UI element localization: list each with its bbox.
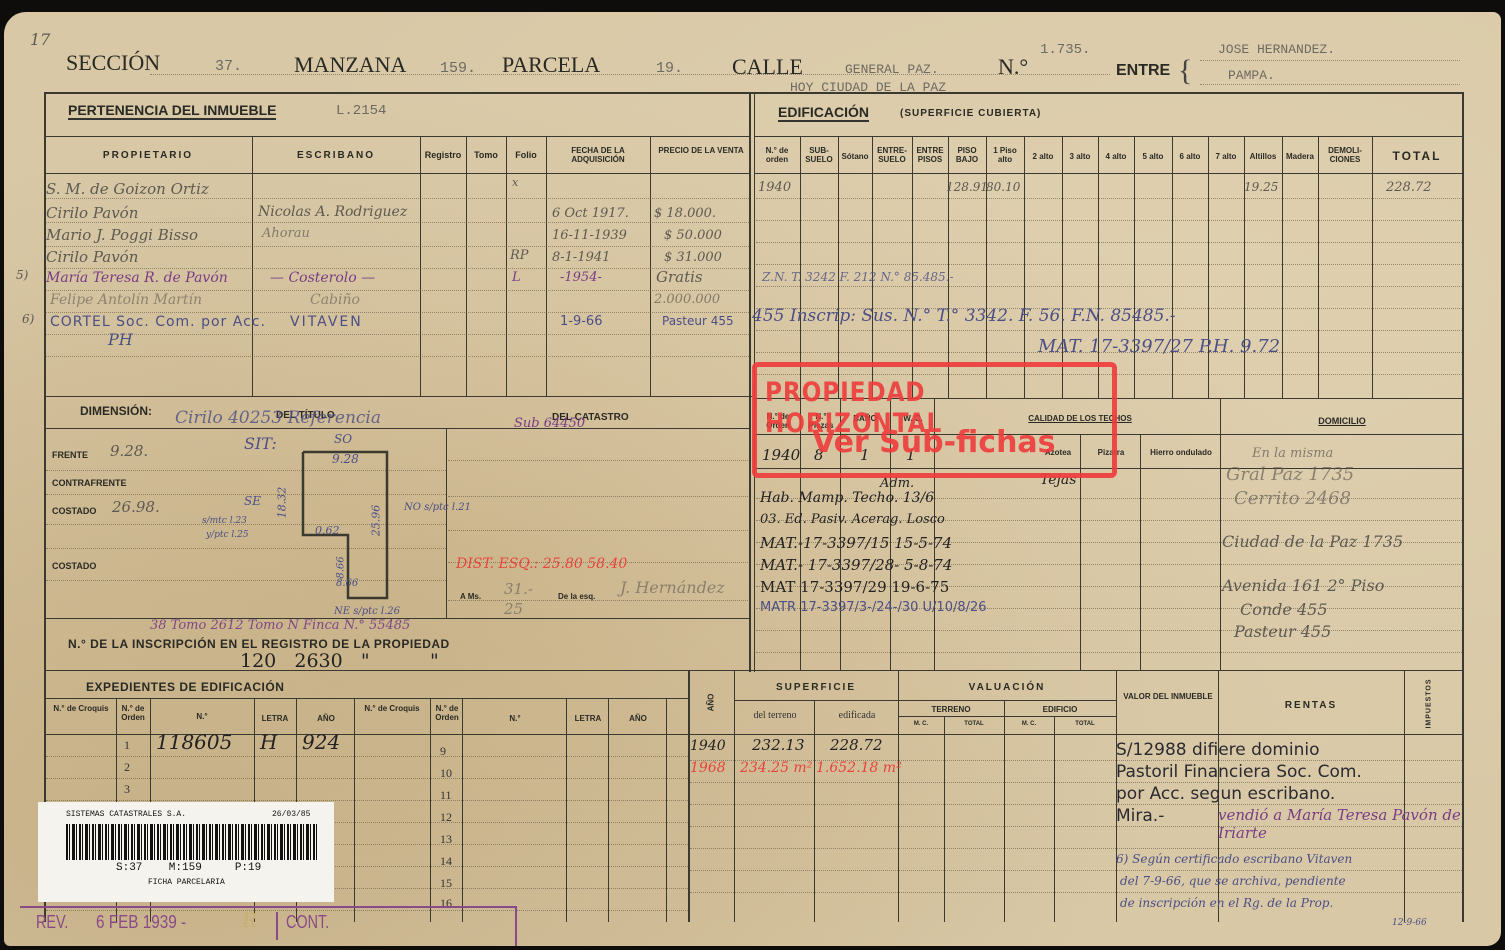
exp-orden-15: 15	[440, 876, 452, 891]
val-valuacion-label: VALUACIÓN	[898, 682, 1116, 693]
precio-row-5: Gratis	[656, 268, 703, 286]
sketch-se-note-2: y/ptc l.25	[206, 530, 249, 540]
col-registro: Registro	[420, 150, 466, 160]
costado-value-1: 26.98.	[112, 498, 160, 516]
val-edificada-col: edificada	[816, 710, 898, 721]
exp-anio-1: 924	[302, 730, 340, 754]
sketch-left: 18.32	[275, 487, 288, 519]
exp-orden-2: 2	[124, 760, 130, 775]
domicilio-2: Gral Paz 1735	[1226, 464, 1354, 485]
pertenencia-title: PERTENENCIA DEL INMUEBLE	[68, 102, 276, 120]
techos-note-5: MAT 17-3397/29 19-6-75	[760, 578, 949, 596]
numero-value: 1.735.	[1040, 42, 1090, 58]
seccion-value: 37.	[215, 58, 242, 75]
edif-col-16: TOTAL	[1372, 152, 1462, 161]
stamp-divider	[276, 912, 278, 940]
rev-stamp	[20, 906, 517, 946]
techos-note-1: Hab. Mamp. Techo. 13/6	[760, 490, 934, 506]
brace-icon: {	[1178, 54, 1192, 88]
val-terreno-col: del terreno	[736, 710, 814, 721]
owner-row-7: CORTEL Soc. Com. por Acc.	[50, 314, 266, 330]
edif-col-3: ENTRE-SUELO	[872, 146, 912, 164]
edif-total: 228.72	[1386, 180, 1432, 195]
costado-label-2: COSTADO	[52, 561, 96, 571]
seccion-label: SECCIÓN	[66, 50, 160, 76]
val-superficie-label: SUPERFICIE	[734, 682, 898, 693]
folio-row-5: L	[512, 270, 521, 285]
edif-altillos: 19.25	[1244, 180, 1278, 194]
exp-orden-11: 11	[440, 788, 452, 803]
edif-col-15: DEMOLI-CIONES	[1318, 146, 1372, 164]
sketch-se: SE	[244, 494, 261, 508]
val-edificio-label: EDIFICIO	[1004, 705, 1116, 714]
exp-orden-12: 12	[440, 810, 452, 825]
edif-col-6: 1 Piso alto	[986, 146, 1024, 164]
exp-col-letra-2: LETRA	[568, 714, 608, 723]
domicilio-4: Ciudad de la Paz 1735	[1222, 532, 1403, 551]
owner-row-6: Felipe Antolín Martín	[50, 292, 202, 308]
entre-value-1: JOSE HERNANDEZ.	[1218, 42, 1335, 57]
col-fecha: FECHA DE LA ADQUISICIÓN	[550, 146, 646, 164]
edif-orden: 1940	[758, 180, 791, 195]
exp-col-anio-2: AÑO	[610, 714, 666, 723]
exp-orden-9: 9	[440, 744, 446, 759]
val-rentas-label: RENTAS	[1218, 700, 1404, 711]
val-terreno-label: TERRENO	[898, 705, 1004, 714]
costado-label-1: COSTADO	[52, 506, 96, 516]
numero-label: N.°	[998, 54, 1028, 80]
a-ms-label: A Ms.	[460, 592, 481, 601]
exp-col-croquis-2: N.° de Croquis	[356, 704, 428, 713]
sketch-inner: 0.62	[315, 524, 340, 537]
escribano-row-5: — Costerolo —	[270, 270, 375, 286]
col-precio: PRECIO DE LA VENTA	[654, 146, 748, 155]
val-row-2-anio: 1968	[690, 760, 726, 776]
folio-row-4: RP	[510, 248, 529, 263]
exp-col-croquis-1: N.° de Croquis	[48, 704, 114, 713]
val-impuestos-label: IMPUESTOS	[1426, 678, 1433, 728]
val-row-1-terreno: 232.13	[752, 736, 805, 754]
edificacion-subtitle: (SUPERFICIE CUBIERTA)	[900, 108, 1041, 119]
techos-note-2: 03. Ed. Pasiv. Acerag. Losco	[760, 512, 945, 527]
expedientes-title: EXPEDIENTES DE EDIFICACIÓN	[86, 680, 284, 694]
exp-col-letra-1: LETRA	[256, 714, 294, 723]
edif-col-10: 5 alto	[1134, 152, 1172, 161]
sketch-so: SO	[334, 432, 352, 446]
exp-letra-1: H	[260, 730, 277, 754]
corner-note: 17	[30, 30, 50, 49]
edif-note-3: MAT. 17-3397/27 P.H. 9.72	[1038, 336, 1280, 357]
rentas-note-7: del 7-9-66, que se archiva, pendiente	[1120, 874, 1346, 888]
entre-label: ENTRE	[1116, 62, 1170, 80]
domicilio-5: Avenida 161 2° Piso	[1222, 576, 1384, 595]
owner-row-4: Cirilo Pavón	[46, 248, 138, 266]
sketch-sit: SIT:	[244, 434, 277, 453]
stamp-rev: REV.	[36, 912, 68, 933]
techo-hierro: Hierro ondulado	[1142, 448, 1220, 457]
edificacion-title: EDIFICACIÓN	[778, 104, 869, 122]
exp-col-orden-2: N.° de Orden	[432, 704, 462, 722]
val-row-1-edificada: 228.72	[830, 736, 883, 754]
edif-col-5: PISO BAJO	[948, 146, 986, 164]
domicilio-7: Pasteur 455	[1234, 622, 1331, 641]
precio-row-7: Pasteur 455	[662, 314, 734, 328]
stamp-cont: CONT.	[286, 912, 329, 933]
val-anio-label: AÑO	[706, 694, 715, 712]
owner-row-8: PH	[108, 330, 133, 349]
margin-note-5: 5)	[16, 268, 28, 282]
val-row-1-anio: 1940	[690, 738, 726, 754]
a-ms-value: 31.-	[504, 580, 533, 598]
precio-row-4: $ 31.000	[664, 250, 722, 265]
edif-col-1: SUB-SUELO	[800, 146, 838, 164]
exp-col-numero-1: N.°	[152, 712, 252, 721]
edif-note-2: 455 Inscrip: Sus. N.° T.° 3342. F. 56. F…	[752, 306, 1176, 326]
stamp-initial: R	[242, 908, 257, 932]
col-domicilio: DOMICILIO	[1222, 416, 1462, 426]
sketch-no: NO s/ptc l.21	[404, 502, 471, 513]
escribano-row-3: Ahorau	[262, 226, 310, 241]
val-row-2-terreno: 234.25 m²	[740, 760, 812, 776]
col-folio: Folio	[506, 150, 546, 160]
owner-row-3: Mario J. Poggi Bisso	[46, 226, 198, 244]
edif-piso-bajo: 128.91	[946, 180, 988, 194]
inscripcion-top-note: 38 Tomo 2612 Tomo N Finca N.° 55485	[150, 618, 410, 633]
dimension-title: DIMENSIÓN:	[80, 404, 152, 418]
folio-1: x	[512, 176, 518, 189]
fecha-row-2: 6 Oct 1917.	[552, 206, 629, 221]
frente-value: 9.28.	[110, 442, 148, 460]
col-tomo: Tomo	[466, 150, 506, 160]
rentas-note-6: 6) Según certificado escribano Vitaven	[1116, 852, 1352, 866]
col-escribano: ESCRIBANO	[252, 150, 420, 161]
barcode-icon	[66, 824, 318, 860]
val-total-2: TOTAL	[1054, 721, 1116, 727]
inscripcion-value: 120 2630 " "	[240, 650, 439, 672]
rentas-note-1: S/12988 difiere dominio	[1116, 740, 1320, 760]
domicilio-1: En la misma	[1252, 446, 1333, 461]
de-la-esq-value: J. Hernández	[620, 578, 725, 597]
fecha-row-3: 16-11-1939	[552, 228, 627, 243]
edif-col-7: 2 alto	[1024, 152, 1062, 161]
exp-col-numero-2: N.°	[464, 714, 566, 723]
de-la-esq-label: De la esq.	[558, 592, 595, 601]
techos-note-adm: Adm.	[880, 476, 914, 491]
precio-row-2: $ 18.000.	[654, 206, 716, 221]
val-row-2-edificada: 1.652.18 m²	[816, 760, 902, 776]
edif-col-0: N.° de orden	[754, 146, 800, 164]
margin-note-6: 6)	[22, 312, 34, 326]
stamp-line-2: Ver Sub-fichas	[812, 425, 1056, 460]
escribano-row-7: VITAVEN	[290, 314, 363, 330]
edif-piso-alto: 80.10	[986, 180, 1020, 194]
stamp-date: 6 FEB 1939 -	[96, 912, 186, 933]
rentas-note-2: Pastoril Financiera Soc. Com.	[1116, 762, 1362, 782]
precio-row-6: 2.000.000	[654, 292, 720, 307]
inscripcion-label: N.° DE LA INSCRIPCIÓN EN EL REGISTRO DE …	[68, 637, 450, 651]
exp-col-orden-1: N.° de Orden	[118, 704, 148, 722]
escribano-row-6: Cabiño	[310, 292, 360, 308]
owner-row-1: S. M. de Goizon Ortiz	[46, 180, 209, 198]
edif-col-9: 4 alto	[1098, 152, 1134, 161]
owner-row-2: Cirilo Pavón	[46, 204, 138, 222]
entre-value-2: PAMPA.	[1228, 68, 1275, 83]
edif-col-12: 7 alto	[1208, 152, 1244, 161]
precio-row-3: $ 50.000	[664, 228, 722, 243]
escribano-row-2: Nicolas A. Rodriguez	[258, 204, 407, 220]
techos-note-4: MAT.- 17-3397/28- 5-8-74	[760, 556, 952, 574]
rentas-signature-date: 12-9-66	[1392, 918, 1427, 928]
edif-note-1: Z.N. T. 3242 F. 212 N.° 85.485.-	[762, 270, 954, 284]
label-date: 26/03/85	[272, 810, 310, 819]
val-valor-label: VALOR DEL INMUEBLE	[1120, 692, 1216, 701]
propiedad-horizontal-stamp: PROPIEDAD HORIZONTAL Ver Sub-fichas	[752, 362, 1117, 478]
calle-label: CALLE	[732, 54, 803, 80]
exp-orden-13: 13	[440, 832, 452, 847]
fecha-row-7: 1-9-66	[560, 314, 602, 329]
exp-orden-3: 3	[124, 782, 130, 797]
exp-orden-14: 14	[440, 854, 452, 869]
sketch-bottom: 8.66	[336, 578, 358, 589]
barcode-label: SISTEMAS CATASTRALES S.A. 26/03/85 S:37 …	[38, 802, 334, 902]
edif-col-14: Madera	[1282, 152, 1318, 161]
exp-numero-1: 118605	[156, 730, 232, 754]
fecha-row-4: 8-1-1941	[552, 250, 610, 265]
edif-col-4: ENTRE PISOS	[912, 146, 948, 164]
techos-note-6: MATR 17-3397/3-/24-/30 U/10/8/26	[760, 600, 987, 615]
label-company: SISTEMAS CATASTRALES S.A.	[66, 810, 186, 819]
edif-col-8: 3 alto	[1062, 152, 1098, 161]
pertenencia-ref: L.2154	[336, 103, 386, 119]
exp-orden-10: 10	[440, 766, 452, 781]
rentas-note-8: de inscripción en el Rg. de la Prop.	[1120, 896, 1333, 910]
rentas-note-3: por Acc. segun escribano.	[1116, 784, 1335, 804]
edif-col-2: Sótano	[838, 152, 872, 161]
sketch-ne: NE s/ptc l.26	[334, 606, 400, 617]
contrafrente-label: CONTRAFRENTE	[52, 478, 127, 488]
techos-note-3: MAT.-17-3397/15 15-5-74	[760, 534, 952, 552]
title-note: Cirilo 40253 Referencia	[175, 408, 381, 428]
label-title: FICHA PARCELARIA	[148, 878, 225, 887]
sketch-right: 25.96	[369, 505, 382, 537]
dist-esq: DIST. ESQ.: 25.80 58.40	[456, 556, 627, 572]
col-propietario: PROPIETARIO	[44, 150, 252, 161]
val-mc-1: M. C.	[898, 721, 944, 727]
rentas-note-4: Mira.-	[1116, 806, 1164, 826]
domicilio-3: Cerrito 2468	[1234, 488, 1351, 509]
val-mc-2: M. C.	[1004, 721, 1054, 727]
a-ms-value-2: 25	[504, 600, 523, 618]
sketch-top: 9.28	[332, 452, 359, 466]
rentas-note-5: vendió a María Teresa Pavón de Iriarte	[1218, 806, 1505, 842]
label-codes: S:37 M:159 P:19	[116, 862, 261, 874]
exp-col-anio-1: AÑO	[298, 714, 354, 723]
val-total-1: TOTAL	[944, 721, 1004, 727]
domicilio-6: Conde 455	[1240, 600, 1328, 619]
owner-row-5: María Teresa R. de Pavón	[46, 270, 228, 286]
exp-orden-1: 1	[124, 738, 130, 753]
edif-col-13: Altillos	[1244, 152, 1282, 161]
fecha-row-5: -1954-	[560, 270, 602, 285]
edif-col-11: 6 alto	[1172, 152, 1208, 161]
sketch-se-note-1: s/mtc l.23	[202, 516, 247, 526]
sketch-lower-left: 8.66	[336, 556, 347, 578]
frente-label: FRENTE	[52, 450, 88, 460]
